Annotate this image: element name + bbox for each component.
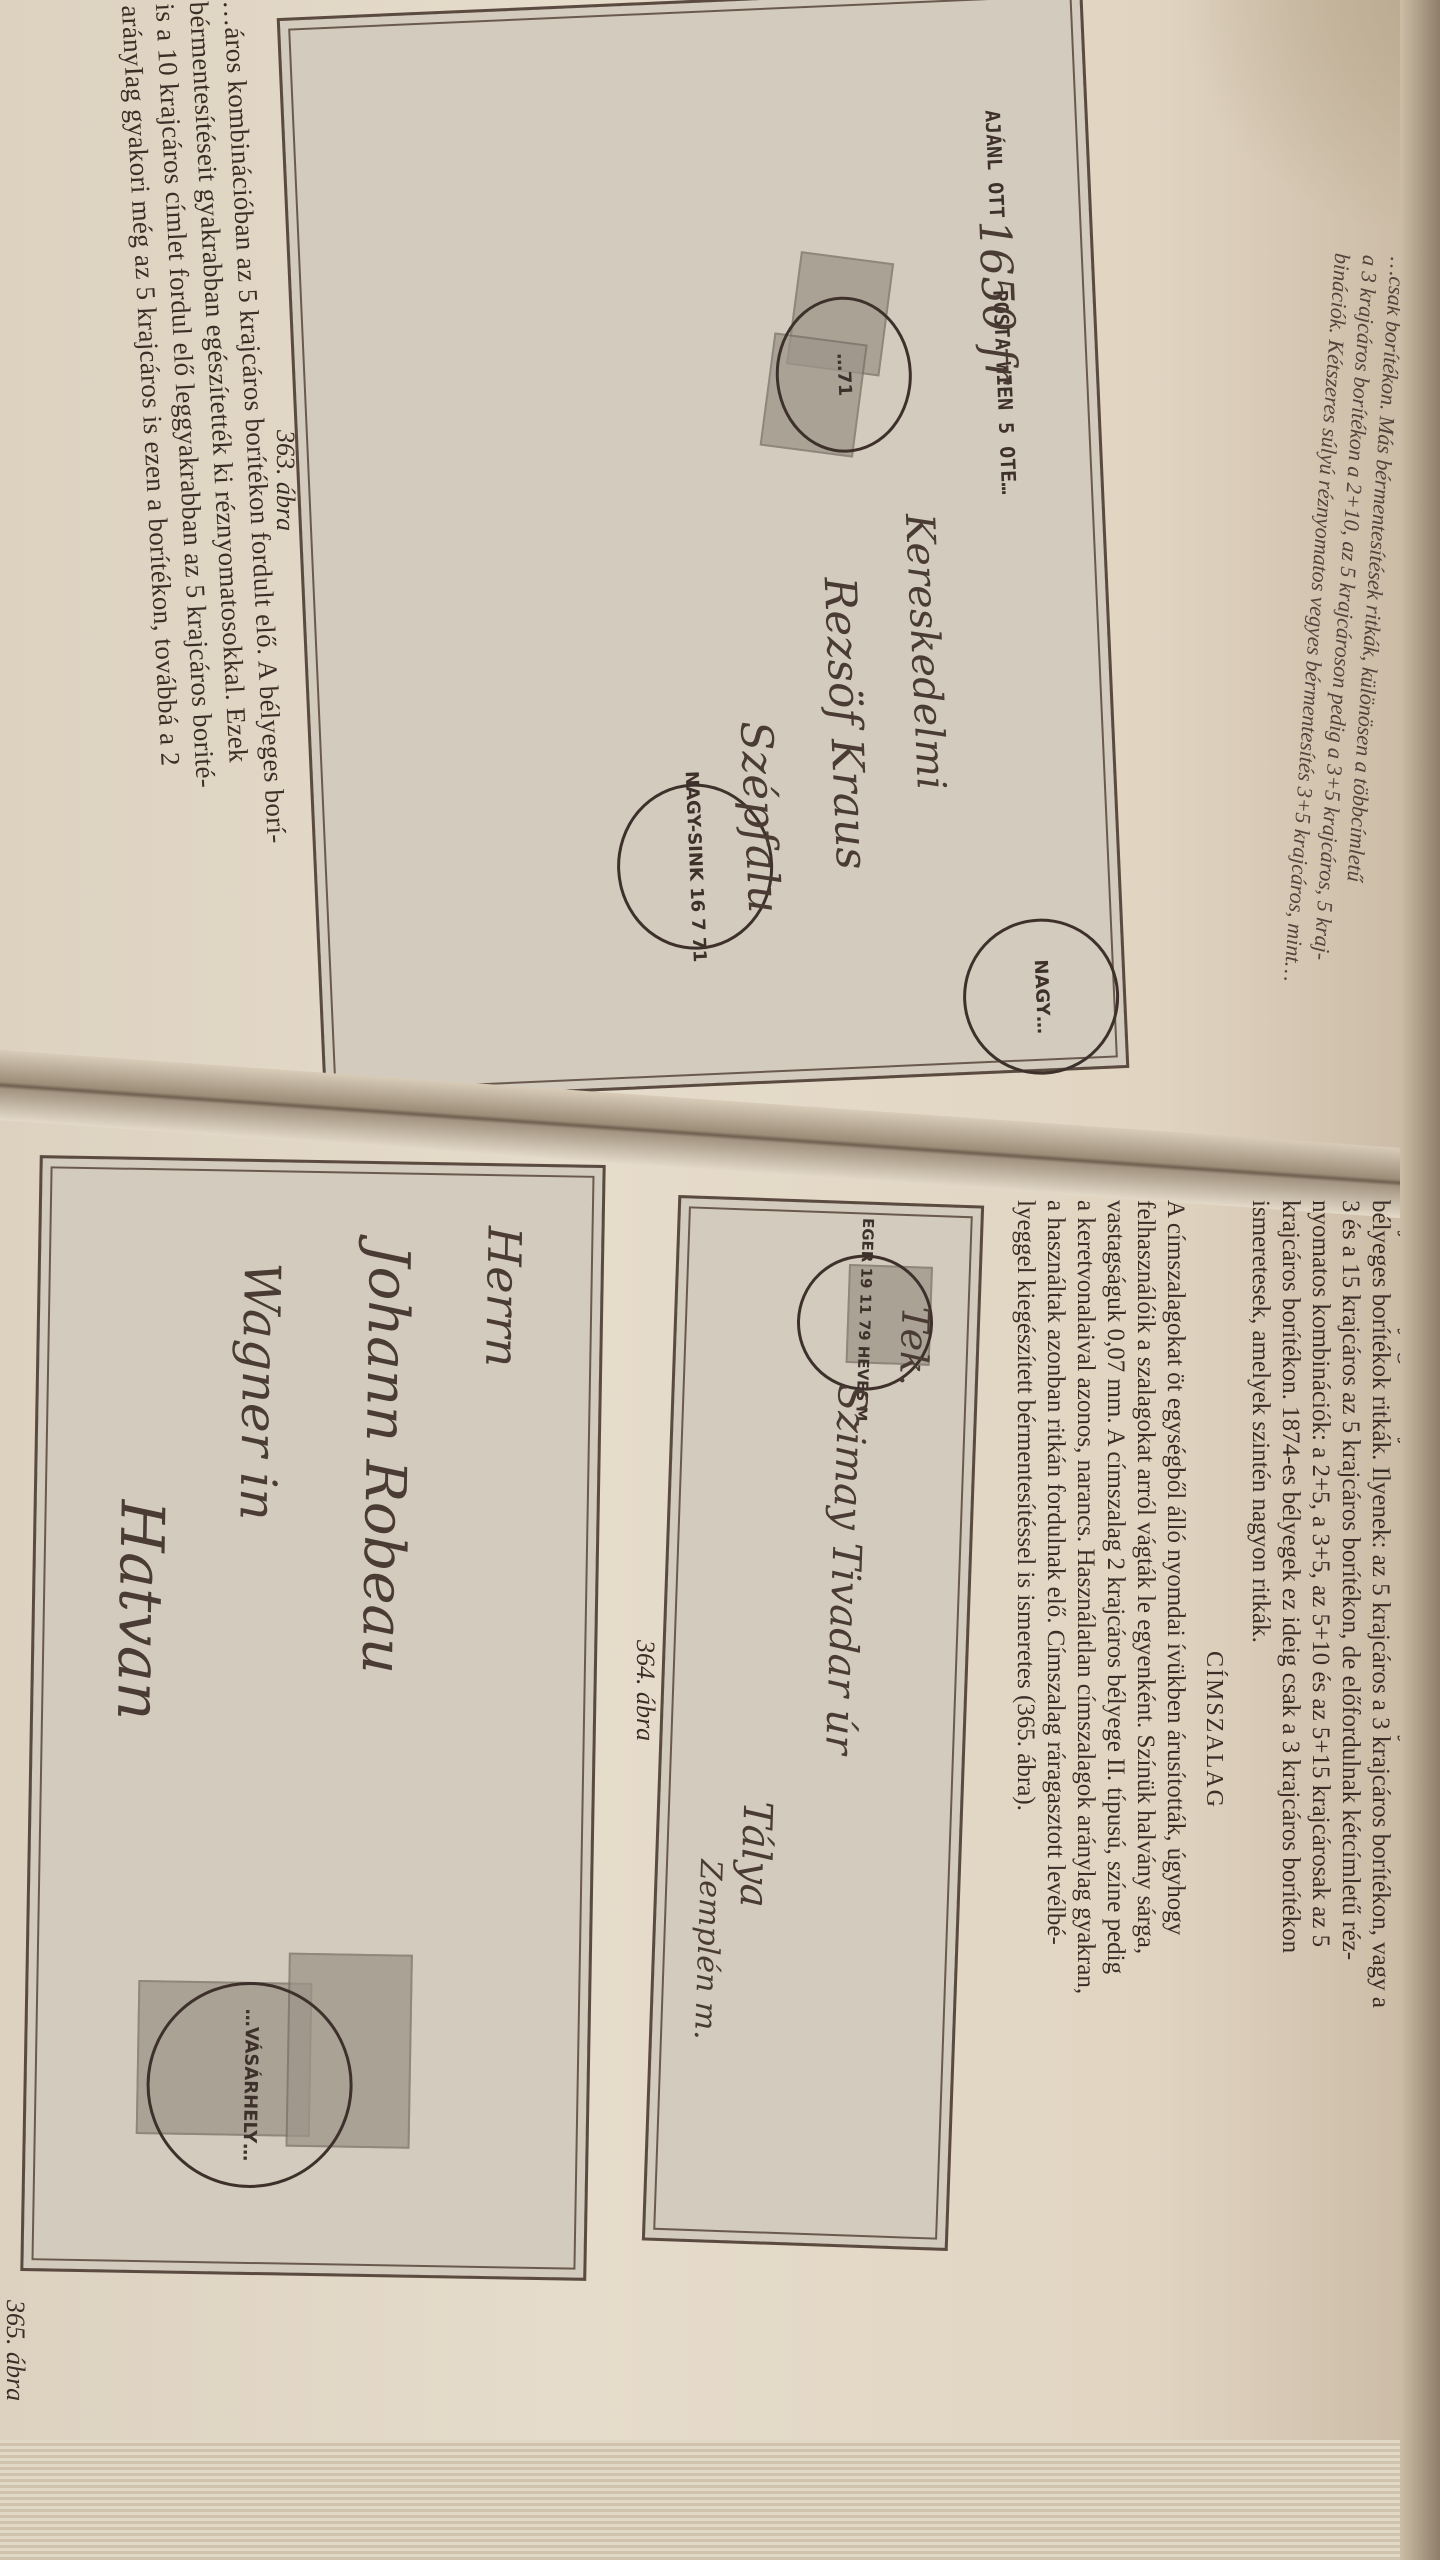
figure-365-wrapper: Herrn Johann Robeau Wagner in Hatvan …VÁ… <box>20 1155 605 2281</box>
registration-label: AJÁNL OTT <box>980 109 1009 218</box>
postmark: …VÁSÁRHELY… <box>145 1980 355 2190</box>
handwriting: Zemplén m. <box>687 1859 728 2041</box>
handwriting: Tek. <box>891 1306 938 1387</box>
text-line: felhasználóik a szalagokat arról vágták … <box>1130 1200 1160 2260</box>
text-line: bélyeges borítékok ritkák. Ilyenek: az 5… <box>1365 1200 1395 2260</box>
text-line: nyomatos kombinációk: a 2+5, a 3+5, az 5… <box>1305 1200 1335 2260</box>
handwriting: Hatvan <box>103 1499 177 1721</box>
figure-364-wrapper: EGER 19 11 79 HEVES M. Tek. Szimay Tivad… <box>642 1195 984 2251</box>
caption-365: 365. ábra <box>0 2300 30 2401</box>
book-photo: AJÁNL OTT POSTA WIEN 5 OTE… …71 NAGY-SIN… <box>0 0 1440 2560</box>
handwriting: Szépfalu <box>730 720 789 915</box>
text-line: vastagságuk 0,07 mm. A címszalag 2 krajc… <box>1100 1200 1130 2260</box>
text-line: a keretvonalaival azonos, narancs. Haszn… <box>1070 1200 1100 2260</box>
figure-363-envelope: AJÁNL OTT POSTA WIEN 5 OTE… …71 NAGY-SIN… <box>277 0 1130 1103</box>
book-edge <box>1400 0 1440 2560</box>
text-line: a használtak azonban ritkán fordulnak el… <box>1040 1200 1070 2260</box>
handwriting: Szimay Tivadar úr <box>816 1383 875 1755</box>
caption-363: 363. ábra <box>270 430 300 531</box>
text-line: ismeretesek, amelyek szintén nagyon ritk… <box>1245 1200 1275 2260</box>
section-heading: CÍMSZALAG <box>1200 1200 1227 2260</box>
caption-364: 364. ábra <box>630 1640 660 1741</box>
handwriting: Johann Robeau <box>349 1244 421 1675</box>
handwriting: Kereskedelmi <box>896 513 954 791</box>
text-line: A címszalagokat öt egységből álló nyomda… <box>1160 1200 1190 2260</box>
handwriting: Tálya <box>731 1800 781 1908</box>
handwriting: Wagner in <box>228 1262 291 1522</box>
text-line: lyeggel kiegészített bérmentesítéssel is… <box>1010 1200 1040 2260</box>
handwriting: 1650 fr <box>968 219 1026 384</box>
text-line: krajcáros borítékon. 1874-es bélyegek ez… <box>1275 1200 1305 2260</box>
page-edges <box>0 2440 1440 2560</box>
text-line: 3 és a 15 krajcáros az 5 krajcáros borít… <box>1335 1200 1365 2260</box>
handwriting: Rezsöf Kraus <box>814 576 878 871</box>
postmark: NAGY… <box>960 915 1123 1078</box>
right-page-text: krajcáros bélyeg a 3 krajcáros borítékon… <box>1010 1200 1425 2260</box>
handwriting: Herrn <box>475 1226 531 1368</box>
